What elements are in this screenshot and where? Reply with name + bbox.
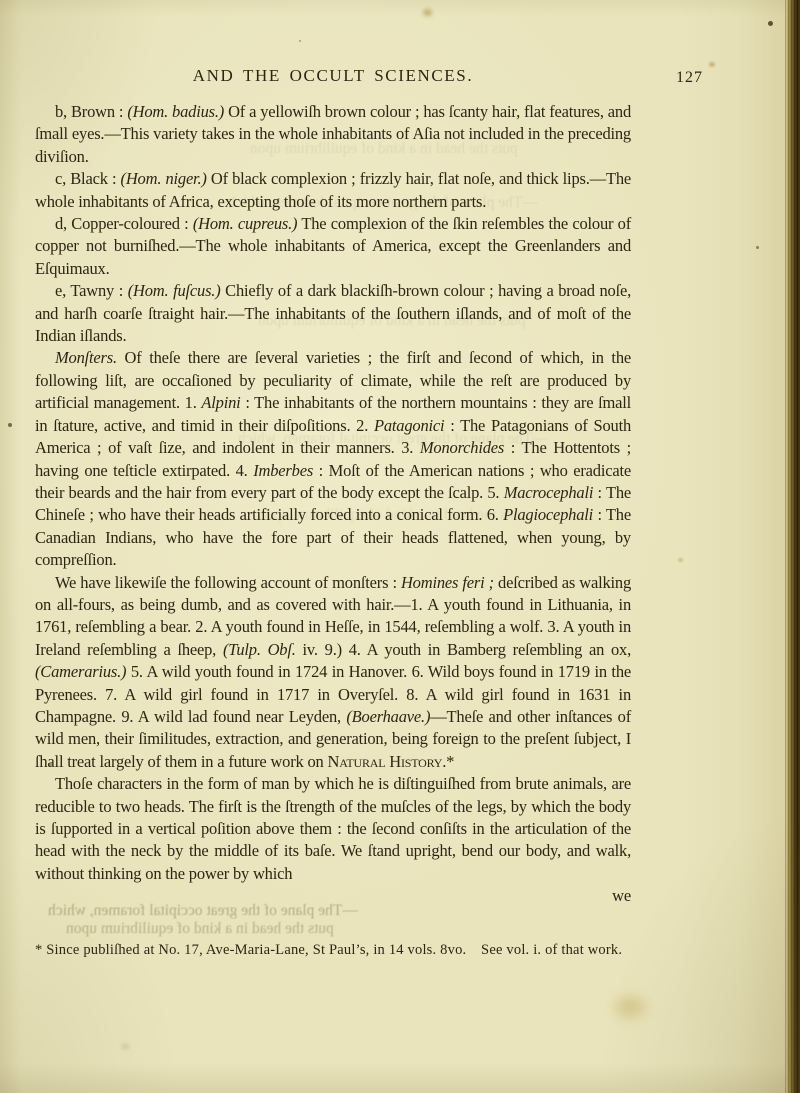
paper-speck xyxy=(678,558,683,562)
ghost-text-line: puts the head in a kind of equilibrium u… xyxy=(66,920,334,938)
paper-speck xyxy=(299,40,301,42)
book-page: —The plane of the great occipital forame… xyxy=(0,0,800,1093)
paper-speck xyxy=(8,423,12,427)
paragraph: e, Tawny : (Hom. fuſcus.) Chiefly of a d… xyxy=(35,280,631,347)
book-page-edge xyxy=(785,0,800,1093)
paper-speck xyxy=(756,246,759,249)
paper-speck xyxy=(768,21,773,26)
paper-speck xyxy=(122,1044,129,1049)
page-number: 127 xyxy=(676,69,703,87)
paragraph: Thoſe characters in the form of man by w… xyxy=(35,773,631,885)
paper-speck xyxy=(709,62,715,67)
body-text: b, Brown : (Hom. badius.) Of a yellowiſh… xyxy=(35,101,631,908)
paragraph: d, Copper-coloured : (Hom. cupreus.) The… xyxy=(35,213,631,280)
paragraph: We have likewiſe the following account o… xyxy=(35,572,631,774)
paper-speck xyxy=(49,763,52,766)
paragraph: Monſters. Of theſe there are ſeveral var… xyxy=(35,347,631,571)
paragraph: c, Black : (Hom. niger.) Of black comple… xyxy=(35,168,631,213)
footnote: * Since publiſhed at No. 17, Ave-Maria-L… xyxy=(35,941,683,960)
page-header: AND THE OCCULT SCIENCES. xyxy=(35,66,631,90)
catchword: we xyxy=(35,885,631,907)
paper-stain xyxy=(615,996,645,1018)
running-title: AND THE OCCULT SCIENCES. xyxy=(35,66,631,86)
paper-speck xyxy=(423,9,432,16)
paragraph: b, Brown : (Hom. badius.) Of a yellowiſh… xyxy=(35,101,631,168)
